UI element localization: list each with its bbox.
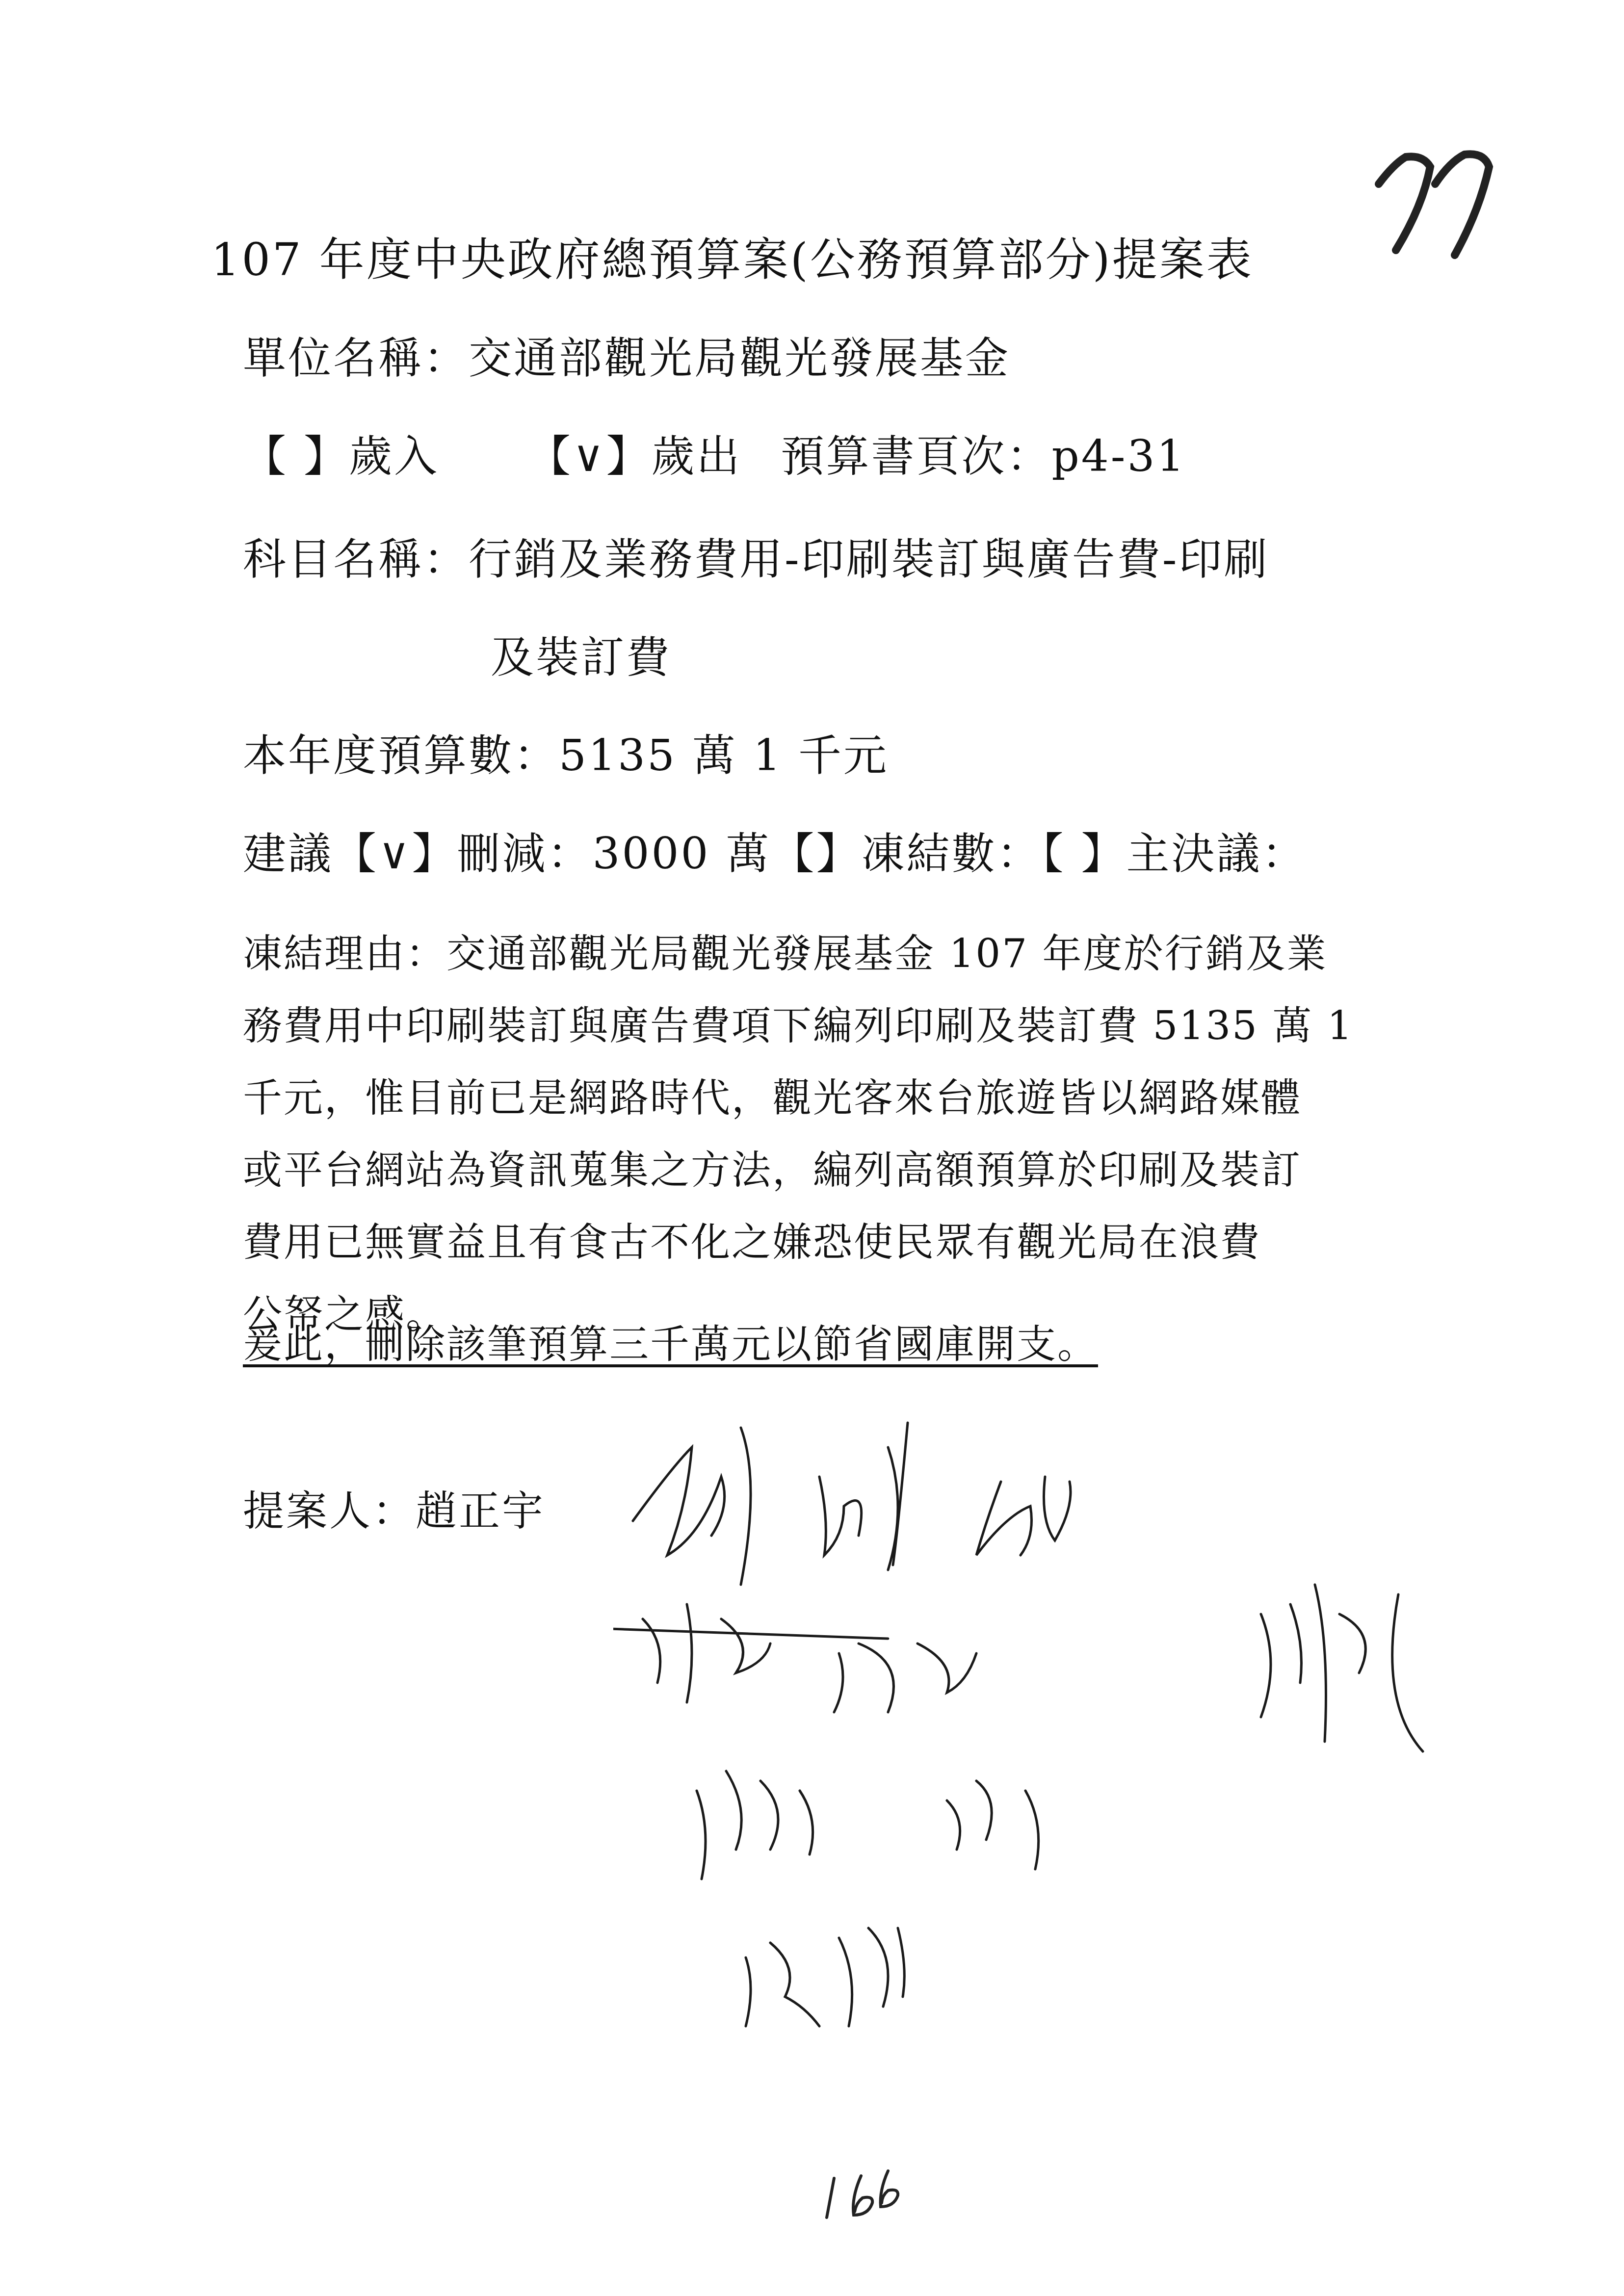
reason-line: 凍結理由：交通部觀光局觀光發展基金 107 年度於行銷及業	[243, 917, 1391, 990]
subject-label: 科目名稱：	[243, 534, 469, 584]
expenditure-checkbox: 【∨】	[527, 431, 651, 481]
handwritten-page-number	[814, 2168, 903, 2227]
subject-line-2: 及裝訂費	[491, 628, 671, 687]
proposer-line: 提案人：趙正宇	[243, 1482, 545, 1540]
page-ref-label: 預算書頁次：	[781, 431, 1051, 481]
revenue-label: 歲入	[349, 431, 439, 481]
proposal-prefix: 建議	[243, 828, 333, 879]
freeze-label: 凍結數：	[861, 828, 1042, 879]
unit-name-label: 單位名稱：	[243, 333, 469, 383]
expenditure-label: 歲出	[651, 431, 741, 481]
handwritten-corner-mark	[1369, 137, 1496, 265]
handwritten-166-icon	[814, 2168, 903, 2227]
resolution-label: 主決議：	[1126, 828, 1307, 879]
annual-budget-value: 5135 萬 1 千元	[559, 730, 889, 781]
reason-line: 千元，惟目前已是網路時代，觀光客來台旅遊皆以網路媒體	[243, 1062, 1391, 1134]
subject-line-1: 科目名稱：行銷及業務費用-印刷裝訂與廣告費-印刷	[243, 530, 1269, 589]
reason-line: 務費用中印刷裝訂與廣告費項下編列印刷及裝訂費 5135 萬 1	[243, 990, 1391, 1062]
unit-name-value: 交通部觀光局觀光發展基金	[469, 333, 1010, 383]
handwritten-signatures-icon	[613, 1408, 1545, 2095]
unit-name-line: 單位名稱：交通部觀光局觀光發展基金	[243, 329, 1010, 388]
resolution-checkbox: 【 】	[1042, 828, 1126, 879]
subject-value-line1: 行銷及業務費用-印刷裝訂與廣告費-印刷	[469, 534, 1269, 584]
budget-type-line: 【 】歲入【∨】歲出預算書頁次：p4-31	[243, 427, 1186, 486]
document-page: 107 年度中央政府總預算案(公務預算部分)提案表 單位名稱：交通部觀光局觀光發…	[0, 0, 1624, 2296]
annual-budget-label: 本年度預算數：	[243, 730, 559, 781]
cut-label: 刪減：	[457, 828, 592, 879]
form-title: 107 年度中央政府總預算案(公務預算部分)提案表	[211, 231, 1254, 289]
proposer-name: 趙正宇	[416, 1487, 545, 1535]
proposer-label: 提案人：	[243, 1487, 416, 1535]
cosigner-signatures	[613, 1408, 1545, 2095]
cut-value: 3000 萬	[592, 828, 771, 879]
revenue-checkbox: 【 】	[243, 431, 349, 481]
freeze-reason: 凍結理由：交通部觀光局觀光發展基金 107 年度於行銷及業 務費用中印刷裝訂與廣…	[243, 917, 1391, 1350]
reason-line: 費用已無實益且有食古不化之嫌恐使民眾有觀光局在浪費	[243, 1206, 1391, 1278]
annual-budget-line: 本年度預算數：5135 萬 1 千元	[243, 726, 889, 785]
page-ref-value: p4-31	[1051, 431, 1186, 481]
subject-value-line2: 及裝訂費	[491, 632, 671, 682]
freeze-checkbox: 【】	[771, 828, 861, 879]
handwritten-77-icon	[1369, 137, 1496, 265]
cut-checkbox: 【∨】	[333, 828, 457, 879]
conclusion-statement: 爰此，刪除該筆預算三千萬元以節省國庫開支。	[243, 1320, 1098, 1369]
proposal-line: 建議【∨】刪減：3000 萬【】凍結數：【 】主決議：	[243, 824, 1307, 883]
reason-line: 或平台網站為資訊蒐集之方法，編列高額預算於印刷及裝訂	[243, 1134, 1391, 1206]
